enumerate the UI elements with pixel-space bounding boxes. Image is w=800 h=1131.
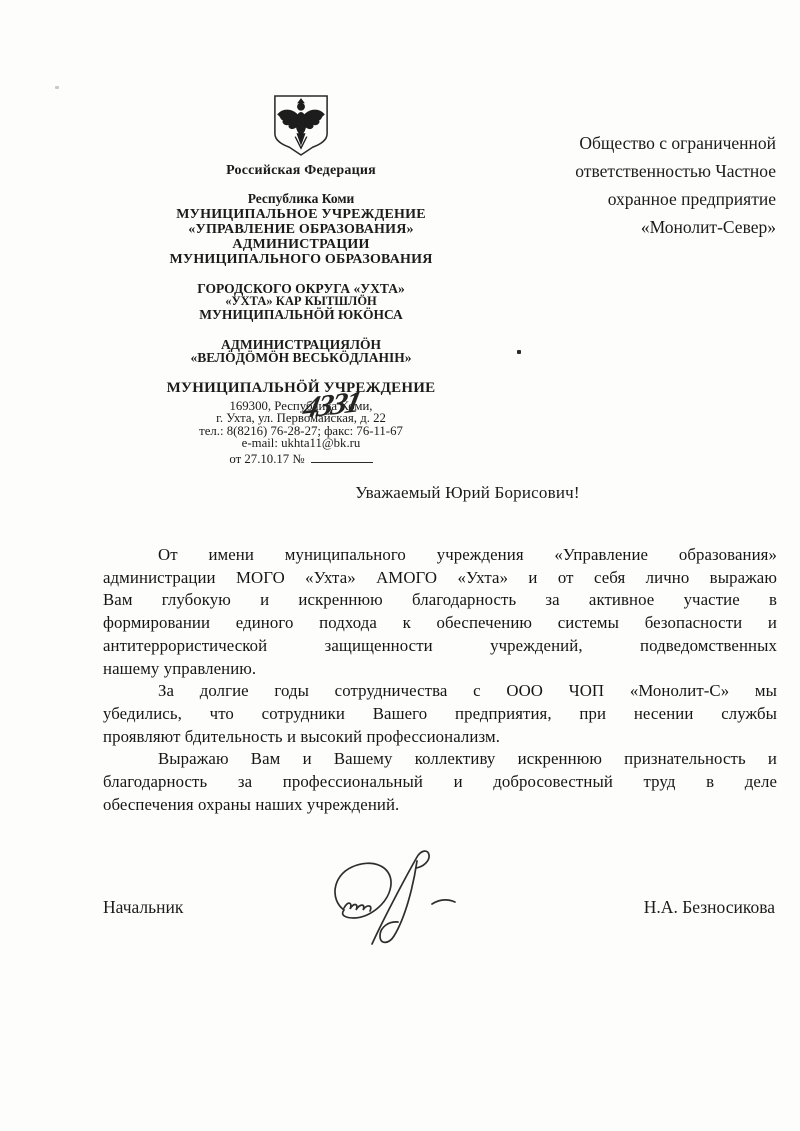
body-line: формировании единого подхода к обеспечен… bbox=[103, 612, 777, 635]
letterhead-komi-line: АДМИНИСТРАЦИЯЛÖН bbox=[145, 338, 457, 351]
letterhead-org-line: «УПРАВЛЕНИЕ ОБРАЗОВАНИЯ» bbox=[145, 223, 457, 238]
letterhead-komi-name: АДМИНИСТРАЦИЯЛÖН«ВЕЛÖДÖМÖН ВЕСЬКÖДЛАНІН» bbox=[145, 338, 457, 365]
addressee-line: Общество с ограниченной bbox=[526, 129, 776, 157]
body-line: проявляют бдительность и высокий професс… bbox=[103, 726, 777, 749]
letterhead-org-line: АДМИНИСТРАЦИИ bbox=[145, 238, 457, 253]
letterhead-country: Российская Федерация bbox=[145, 163, 457, 179]
handwritten-signature bbox=[320, 846, 460, 950]
registration-number-blank bbox=[311, 451, 373, 463]
body-line: антитеррористической защищенности учрежд… bbox=[103, 635, 777, 658]
body-line: администрации МОГО «Ухта» АМОГО «Ухта» и… bbox=[103, 567, 777, 590]
body-line: Выражаю Вам и Вашему коллективу искренню… bbox=[103, 748, 777, 771]
scan-artifact-speck bbox=[55, 86, 59, 89]
addressee-line: «Монолит-Север» bbox=[526, 213, 776, 241]
letterhead-republic: Республика Коми bbox=[145, 191, 457, 207]
letterhead-okrug-line: «УХТА» КАР КЫТШЛÖН bbox=[145, 295, 457, 308]
scan-artifact-dot bbox=[517, 350, 521, 354]
body-line: обеспечения охраны наших учреждений. bbox=[103, 794, 777, 817]
body-line: Вам глубокую и искреннюю благодарность з… bbox=[103, 589, 777, 612]
letterhead-organization-name: МУНИЦИПАЛЬНОЕ УЧРЕЖДЕНИЕ«УПРАВЛЕНИЕ ОБРА… bbox=[145, 208, 457, 268]
body-line: нашему управлению. bbox=[103, 658, 777, 681]
letterhead-okrug-name: ГОРОДСКОГО ОКРУГА «УХТА»«УХТА» КАР КЫТШЛ… bbox=[145, 282, 457, 322]
letterhead-okrug-line: ГОРОДСКОГО ОКРУГА «УХТА» bbox=[145, 282, 457, 295]
komi-coat-of-arms-icon bbox=[272, 94, 330, 158]
body-line: убедились, что сотрудники Вашего предпри… bbox=[103, 703, 777, 726]
letterhead-institution: МУНИЦИПАЛЬНÖЙ УЧРЕЖДЕНИЕ bbox=[145, 380, 457, 397]
body-paragraph-2: За долгие годы сотрудничества с ООО ЧОП … bbox=[103, 680, 777, 748]
letterhead-org-line: МУНИЦИПАЛЬНОГО ОБРАЗОВАНИЯ bbox=[145, 253, 457, 268]
salutation: Уважаемый Юрий Борисович! bbox=[103, 483, 777, 503]
letterhead-address-line: e-mail: ukhta11@bk.ru bbox=[145, 437, 457, 450]
letterhead-okrug-line: МУНИЦИПАЛЬНÖЙ ЮКÖНСА bbox=[145, 308, 457, 321]
body-paragraph-1: От имени муниципального учреждения «Упра… bbox=[103, 544, 777, 680]
scanned-letter-page: Российская Федерация Республика Коми МУН… bbox=[0, 0, 800, 1131]
body-line: За долгие годы сотрудничества с ООО ЧОП … bbox=[103, 680, 777, 703]
addressee-line: охранное предприятие bbox=[526, 185, 776, 213]
addressee-block: Общество с ограниченнойответственностью … bbox=[526, 129, 776, 241]
signer-position: Начальник bbox=[103, 897, 183, 918]
signer-name: Н.А. Безносикова bbox=[644, 897, 775, 918]
letterhead-org-line: МУНИЦИПАЛЬНОЕ УЧРЕЖДЕНИЕ bbox=[145, 208, 457, 223]
addressee-line: ответственностью Частное bbox=[526, 157, 776, 185]
letterhead-left-column: Российская Федерация Республика Коми МУН… bbox=[145, 94, 457, 467]
letterhead-date-line: от 27.10.17 № bbox=[145, 451, 457, 467]
letterhead-date-label: от 27.10.17 № bbox=[229, 452, 304, 466]
handwritten-registration-number: 4331 bbox=[300, 384, 363, 426]
letterhead-komi-line: «ВЕЛÖДÖМÖН ВЕСЬКÖДЛАНІН» bbox=[145, 351, 457, 364]
body-paragraph-3: Выражаю Вам и Вашему коллективу искренню… bbox=[103, 748, 777, 816]
body-line: От имени муниципального учреждения «Упра… bbox=[103, 544, 777, 567]
body-line: благодарность за профессиональный и добр… bbox=[103, 771, 777, 794]
letter-body: От имени муниципального учреждения «Упра… bbox=[103, 544, 777, 816]
